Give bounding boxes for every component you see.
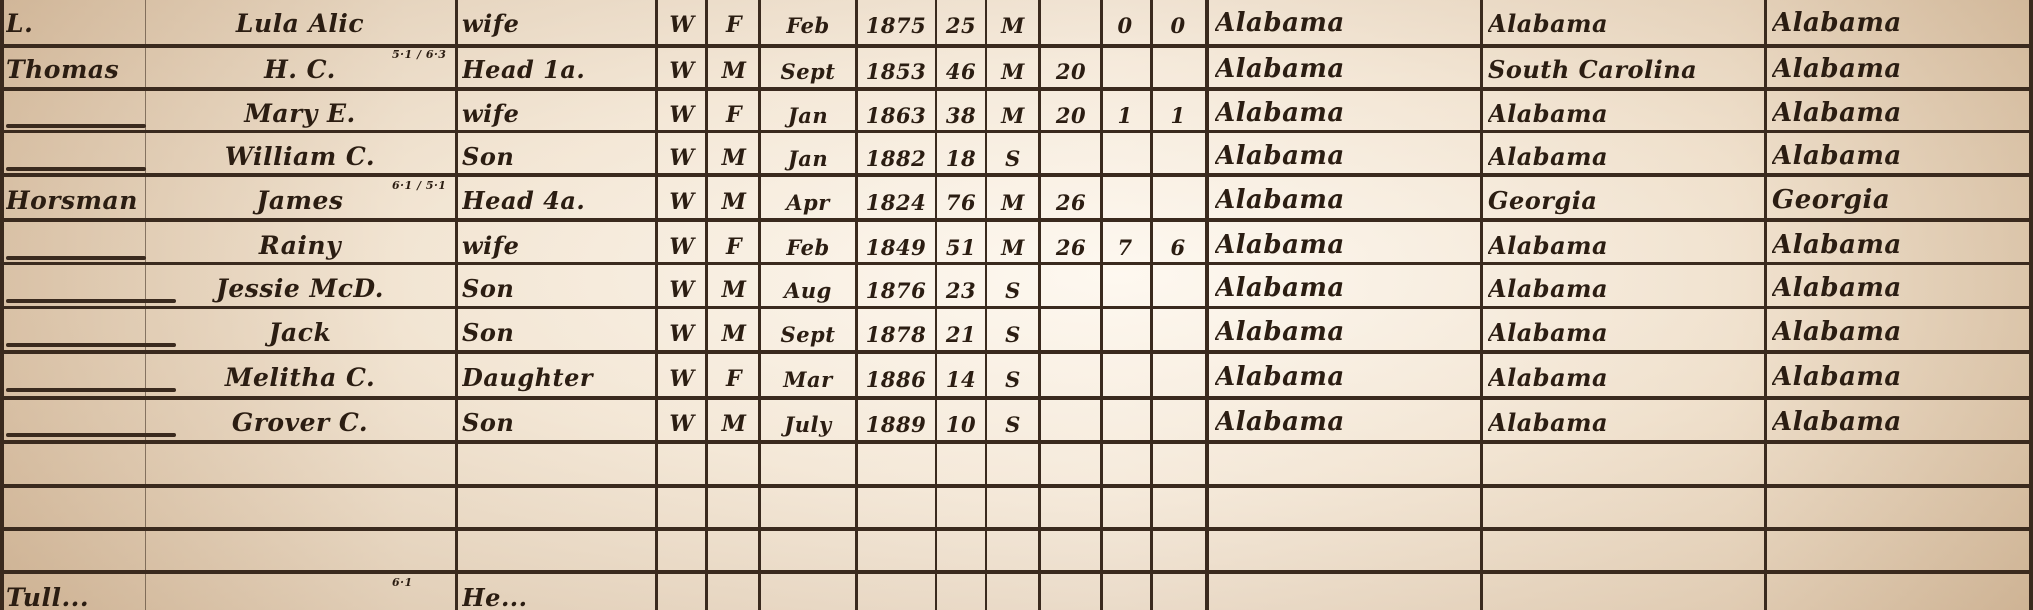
margin-note [392,263,452,307]
margin-note [392,220,452,264]
years-married-cell [1043,352,1099,396]
table-row: Tull...6·1He... [0,572,2033,610]
margin-note: 6·1 / 5·1 [392,175,452,219]
margin-note [392,352,452,396]
years-married-cell [1043,0,1099,42]
children-born-cell: 1 [1102,88,1148,132]
race-cell: W [660,131,704,175]
father-birthplace-cell: South Carolina [1488,44,1760,88]
birth-year-cell: 1876 [858,263,934,307]
relationship-cell: wife [462,220,652,264]
father-birthplace-cell: Alabama [1488,263,1760,307]
children-born-cell [1102,263,1148,307]
father-birthplace-cell: Alabama [1488,307,1760,351]
sex-cell: M [710,263,758,307]
sex-cell: M [710,44,758,88]
age-cell: 76 [938,175,984,219]
birthplace-cell: Alabama [1215,220,1477,264]
mother-birthplace-cell: Alabama [1772,397,2030,441]
children-born-cell [1102,131,1148,175]
birth-month-cell: Feb [762,0,854,42]
birth-year-cell: 1849 [858,220,934,264]
ditto-mark [6,124,146,128]
years-married-cell: 20 [1043,88,1099,132]
children-living-cell [1152,572,1204,610]
birth-month-cell: Apr [762,175,854,219]
census-sheet: L.Lula AlicwifeWFFeb187525M00AlabamaAlab… [0,0,2033,610]
birth-year-cell: 1889 [858,397,934,441]
father-birthplace-cell: Alabama [1488,0,1760,42]
relationship-cell: Head 1a. [462,44,652,88]
birth-year-cell: 1878 [858,307,934,351]
margin-note [392,131,452,175]
father-birthplace-cell [1488,572,1760,610]
race-cell: W [660,220,704,264]
age-cell: 21 [938,307,984,351]
ditto-mark [6,343,176,347]
birth-year-cell: 1882 [858,131,934,175]
birth-year-cell: 1863 [858,88,934,132]
mother-birthplace-cell: Alabama [1772,352,2030,396]
birth-year-cell: 1824 [858,175,934,219]
children-living-cell [1152,175,1204,219]
table-row: Melitha C.DaughterWFMar188614SAlabamaAla… [0,352,2033,396]
birth-year-cell: 1886 [858,352,934,396]
relationship-cell: wife [462,88,652,132]
ditto-mark [6,256,146,260]
race-cell: W [660,0,704,42]
race-cell: W [660,88,704,132]
table-row: William C.SonWMJan188218SAlabamaAlabamaA… [0,131,2033,175]
table-row: Mary E.wifeWFJan186338M2011AlabamaAlabam… [0,88,2033,132]
race-cell: W [660,307,704,351]
race-cell [660,572,704,610]
mother-birthplace-cell: Alabama [1772,0,2030,42]
years-married-cell: 20 [1043,44,1099,88]
birth-month-cell: Jan [762,88,854,132]
relationship-cell: Son [462,131,652,175]
birth-month-cell: Mar [762,352,854,396]
mother-birthplace-cell: Alabama [1772,220,2030,264]
father-birthplace-cell: Alabama [1488,131,1760,175]
sex-cell: M [710,397,758,441]
years-married-cell [1043,572,1099,610]
age-cell: 23 [938,263,984,307]
table-row: JackSonWMSept187821SAlabamaAlabamaAlabam… [0,307,2033,351]
children-living-cell: 6 [1152,220,1204,264]
father-birthplace-cell: Alabama [1488,88,1760,132]
age-cell: 14 [938,352,984,396]
father-birthplace-cell: Alabama [1488,397,1760,441]
margin-note [392,0,452,42]
marital-status-cell: M [988,220,1038,264]
birth-month-cell: Sept [762,307,854,351]
race-cell: W [660,44,704,88]
birthplace-cell: Alabama [1215,397,1477,441]
father-birthplace-cell: Georgia [1488,175,1760,219]
children-born-cell [1102,352,1148,396]
age-cell: 38 [938,88,984,132]
race-cell: W [660,263,704,307]
relationship-cell: Son [462,307,652,351]
age-cell: 10 [938,397,984,441]
race-cell: W [660,175,704,219]
table-row: Jessie McD.SonWMAug187623SAlabamaAlabama… [0,263,2033,307]
table-row: ThomasH. C.5·1 / 6·3Head 1a.WMSept185346… [0,44,2033,88]
marital-status-cell: S [988,307,1038,351]
sex-cell: M [710,131,758,175]
mother-birthplace-cell: Alabama [1772,44,2030,88]
sex-cell: F [710,0,758,42]
birthplace-cell: Alabama [1215,44,1477,88]
mother-birthplace-cell [1772,572,2030,610]
birth-month-cell [762,572,854,610]
children-living-cell [1152,263,1204,307]
children-living-cell [1152,352,1204,396]
years-married-cell: 26 [1043,220,1099,264]
mother-birthplace-cell: Alabama [1772,88,2030,132]
birthplace-cell: Alabama [1215,307,1477,351]
father-birthplace-cell: Alabama [1488,352,1760,396]
marital-status-cell: S [988,397,1038,441]
row-rule [0,527,2033,531]
birthplace-cell: Alabama [1215,352,1477,396]
marital-status-cell: M [988,175,1038,219]
birthplace-cell: Alabama [1215,263,1477,307]
age-cell: 18 [938,131,984,175]
children-living-cell [1152,307,1204,351]
row-rule [0,484,2033,488]
years-married-cell: 26 [1043,175,1099,219]
mother-birthplace-cell: Alabama [1772,307,2030,351]
sex-cell [710,572,758,610]
birthplace-cell [1215,572,1477,610]
mother-birthplace-cell: Alabama [1772,263,2030,307]
children-living-cell [1152,44,1204,88]
years-married-cell [1043,263,1099,307]
years-married-cell [1043,397,1099,441]
birth-year-cell [858,572,934,610]
ditto-mark [6,167,146,171]
birth-month-cell: July [762,397,854,441]
marital-status-cell: M [988,0,1038,42]
children-born-cell: 0 [1102,0,1148,42]
birth-month-cell: Jan [762,131,854,175]
marital-status-cell: M [988,88,1038,132]
sex-cell: F [710,88,758,132]
children-born-cell: 7 [1102,220,1148,264]
ditto-mark [6,388,176,392]
children-living-cell [1152,131,1204,175]
children-born-cell [1102,44,1148,88]
relationship-cell: He... [462,572,652,610]
marital-status-cell: M [988,44,1038,88]
age-cell: 25 [938,0,984,42]
table-row: L.Lula AlicwifeWFFeb187525M00AlabamaAlab… [0,0,2033,42]
relationship-cell: Daughter [462,352,652,396]
children-living-cell: 1 [1152,88,1204,132]
margin-note [392,307,452,351]
children-born-cell [1102,572,1148,610]
age-cell: 46 [938,44,984,88]
birthplace-cell: Alabama [1215,0,1477,42]
table-row: HorsmanJames6·1 / 5·1Head 4a.WMApr182476… [0,175,2033,219]
birthplace-cell: Alabama [1215,131,1477,175]
relationship-cell: Son [462,263,652,307]
years-married-cell [1043,131,1099,175]
relationship-cell: Head 4a. [462,175,652,219]
relationship-cell: wife [462,0,652,42]
margin-note [392,397,452,441]
marital-status-cell: S [988,352,1038,396]
ditto-mark [6,299,176,303]
sex-cell: M [710,175,758,219]
marital-status-cell: S [988,131,1038,175]
sex-cell: F [710,220,758,264]
margin-note [392,88,452,132]
table-row: RainywifeWFFeb184951M2676AlabamaAlabamaA… [0,220,2033,264]
children-born-cell [1102,397,1148,441]
children-living-cell [1152,397,1204,441]
mother-birthplace-cell: Alabama [1772,131,2030,175]
birth-month-cell: Feb [762,220,854,264]
children-born-cell [1102,307,1148,351]
ditto-mark [6,433,176,437]
age-cell [938,572,984,610]
birth-year-cell: 1853 [858,44,934,88]
relationship-cell: Son [462,397,652,441]
children-born-cell [1102,175,1148,219]
sex-cell: F [710,352,758,396]
age-cell: 51 [938,220,984,264]
marital-status-cell [988,572,1038,610]
birthplace-cell: Alabama [1215,175,1477,219]
mother-birthplace-cell: Georgia [1772,175,2030,219]
race-cell: W [660,352,704,396]
table-row: Grover C.SonWMJuly188910SAlabamaAlabamaA… [0,397,2033,441]
sex-cell: M [710,307,758,351]
birth-month-cell: Sept [762,44,854,88]
birthplace-cell: Alabama [1215,88,1477,132]
race-cell: W [660,397,704,441]
children-living-cell: 0 [1152,0,1204,42]
birth-month-cell: Aug [762,263,854,307]
father-birthplace-cell: Alabama [1488,220,1760,264]
margin-note: 6·1 [392,572,452,610]
marital-status-cell: S [988,263,1038,307]
birth-year-cell: 1875 [858,0,934,42]
margin-note: 5·1 / 6·3 [392,44,452,88]
years-married-cell [1043,307,1099,351]
